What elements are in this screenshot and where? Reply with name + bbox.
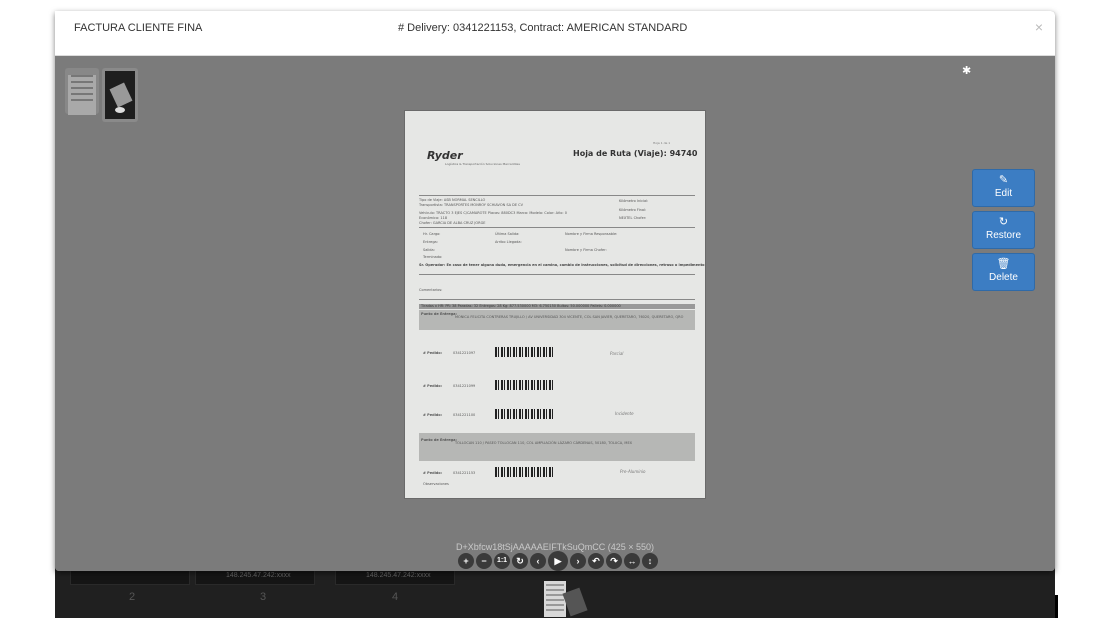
doc-pedido-label: # Pedido: bbox=[423, 351, 442, 355]
flip-horizontal-icon[interactable]: ↔ bbox=[624, 553, 640, 569]
thumbnail-photo[interactable] bbox=[102, 68, 138, 122]
play-icon[interactable]: ▶ bbox=[548, 551, 568, 571]
modal-subtitle: # Delivery: 0341221153, Contract: AMERIC… bbox=[398, 22, 687, 34]
barcode bbox=[495, 467, 555, 477]
doc-pedido-label: # Pedido: bbox=[423, 413, 442, 417]
doc-page-of: Hoja 1 de 1 bbox=[653, 141, 670, 145]
zoom-in-icon[interactable]: + bbox=[458, 553, 474, 569]
barcode bbox=[495, 380, 555, 390]
doc-field: Nombre y Firma Responsable: bbox=[565, 232, 617, 236]
background-number: 4 bbox=[392, 591, 398, 603]
doc-economico: Económico: 118 bbox=[419, 216, 447, 220]
doc-stop-header: Punto de Entrega: TOLLOCAN 110 / PASEO T… bbox=[419, 433, 695, 461]
doc-stop-label: Punto de Entrega: bbox=[421, 312, 457, 316]
thumbnail-photo-image bbox=[105, 71, 135, 119]
doc-divider bbox=[419, 299, 695, 300]
screen: 148.245.47.242:xxxx 148.245.47.242:xxxx … bbox=[0, 0, 1117, 636]
doc-section-header: Tiradas x HR: PR: 38 Paradas: 32 Entrega… bbox=[419, 304, 695, 309]
doc-km-inicial: Kilómetro Inicial: bbox=[619, 199, 648, 203]
doc-notice: Sr. Operador: En caso de tener alguna du… bbox=[419, 263, 705, 267]
zoom-out-icon[interactable]: − bbox=[476, 553, 492, 569]
doc-pedido-number: 0341221099 bbox=[453, 384, 475, 388]
doc-pedido-label: # Pedido: bbox=[423, 384, 442, 388]
restore-label: Restore bbox=[973, 230, 1034, 241]
doc-comentarios: Comentarios: bbox=[419, 288, 442, 292]
doc-field: Hr. Cargo: bbox=[423, 232, 440, 236]
doc-field: Última Salida: bbox=[495, 232, 519, 236]
image-viewer-modal: FACTURA CLIENTE FINA # Delivery: 0341221… bbox=[55, 11, 1055, 571]
rotate-right-icon[interactable]: ↷ bbox=[606, 553, 622, 569]
trash-icon: 🗑 bbox=[973, 258, 1034, 270]
background-edge bbox=[1055, 595, 1058, 618]
background-number: 2 bbox=[129, 591, 135, 603]
doc-field: Arribo Llegada: bbox=[495, 240, 522, 244]
loading-spinner-icon: ✱ bbox=[962, 64, 971, 77]
edit-button[interactable]: ✎ Edit bbox=[972, 169, 1035, 207]
doc-chofer: Chofer: GARCIA DE ALBA CRUZ JORGE bbox=[419, 221, 486, 225]
previous-icon[interactable]: ‹ bbox=[530, 553, 546, 569]
doc-km-final: Kilómetro Final: bbox=[619, 208, 646, 212]
barcode bbox=[495, 347, 555, 357]
doc-vehiculo: Vehículo: TRACTO 3 EJES C/CAMAROTE Placa… bbox=[419, 211, 567, 215]
actual-size-icon[interactable]: 1:1 bbox=[494, 553, 510, 569]
doc-tipo-viaje: Tipo de Viaje: ASB NORMAL SENCILLO bbox=[419, 198, 485, 202]
edit-label: Edit bbox=[973, 188, 1034, 199]
doc-field: Nombre y Firma Chofer: bbox=[565, 248, 607, 252]
doc-handwritten-note: Incidente bbox=[615, 411, 634, 416]
doc-divider bbox=[419, 274, 695, 275]
doc-field: Terminado: bbox=[423, 255, 442, 259]
doc-field: Salida: bbox=[423, 248, 435, 252]
ryder-logo-subtitle: Logística & Transportación Soluciones Me… bbox=[445, 162, 520, 166]
doc-divider bbox=[419, 195, 695, 196]
ryder-logo: Ryder bbox=[427, 149, 463, 162]
close-icon[interactable]: × bbox=[1035, 19, 1043, 35]
modal-header: FACTURA CLIENTE FINA # Delivery: 0341221… bbox=[55, 11, 1055, 56]
doc-divider bbox=[419, 227, 695, 228]
background-item-4-text: 148.245.47.242:xxxx bbox=[366, 572, 431, 579]
doc-stop-header: Punto de Entrega: MONICA FELICITA CONTRE… bbox=[419, 310, 695, 330]
viewer-toolbar: + − 1:1 ↻ ‹ ▶ › ↶ ↷ ↔ ↕ bbox=[458, 553, 658, 571]
rotate-left-icon[interactable]: ↶ bbox=[588, 553, 604, 569]
doc-nextel: NEXTEL Chofer: bbox=[619, 216, 646, 220]
doc-stop-address: MONICA FELICITA CONTRERAS TRUJILLO / AV … bbox=[455, 315, 683, 319]
modal-title: FACTURA CLIENTE FINA bbox=[74, 22, 202, 34]
refresh-icon: ↻ bbox=[973, 216, 1034, 228]
doc-pedido-number: 0341221153 bbox=[453, 471, 475, 475]
next-icon[interactable]: › bbox=[570, 553, 586, 569]
image-viewer: ✱ ✎ Edit ↻ Restore 🗑 Delete Hoja 1 de 1 … bbox=[55, 56, 1055, 571]
doc-title: Hoja de Ruta (Viaje): 94740 bbox=[573, 149, 697, 158]
doc-transportista: Transportista: TRANSPORTES MONROY SCHIAV… bbox=[419, 203, 523, 207]
document-image[interactable]: Hoja 1 de 1 Ryder Logística & Transporta… bbox=[405, 111, 705, 498]
thumbnail-document[interactable] bbox=[65, 68, 99, 114]
background-item-3-text: 148.245.47.242:xxxx bbox=[226, 572, 291, 579]
doc-pedido-number: 0341221100 bbox=[453, 413, 475, 417]
delete-button[interactable]: 🗑 Delete bbox=[972, 253, 1035, 291]
background-number: 3 bbox=[260, 591, 266, 603]
thumbnail-document-image bbox=[68, 75, 96, 115]
doc-field: Entrega: bbox=[423, 240, 438, 244]
reset-icon[interactable]: ↻ bbox=[512, 553, 528, 569]
doc-observaciones: Observaciones bbox=[423, 482, 449, 486]
background-thumbnail-document bbox=[544, 581, 566, 617]
doc-handwritten-note: Parcial bbox=[610, 351, 623, 356]
doc-handwritten-note: Pre-Aluminio bbox=[620, 469, 645, 474]
doc-stop-label: Punto de Entrega: bbox=[421, 438, 457, 442]
pencil-icon: ✎ bbox=[973, 174, 1034, 186]
doc-pedido-label: # Pedido: bbox=[423, 471, 442, 475]
restore-button[interactable]: ↻ Restore bbox=[972, 211, 1035, 249]
doc-section-header-text: Tiradas x HR: PR: 38 Paradas: 32 Entrega… bbox=[421, 304, 621, 308]
flip-vertical-icon[interactable]: ↕ bbox=[642, 553, 658, 569]
doc-pedido-number: 0341221097 bbox=[453, 351, 475, 355]
delete-label: Delete bbox=[973, 272, 1034, 283]
barcode bbox=[495, 409, 555, 419]
doc-stop-address: TOLLOCAN 110 / PASEO TOLLOCAN 110, COL A… bbox=[455, 441, 632, 445]
